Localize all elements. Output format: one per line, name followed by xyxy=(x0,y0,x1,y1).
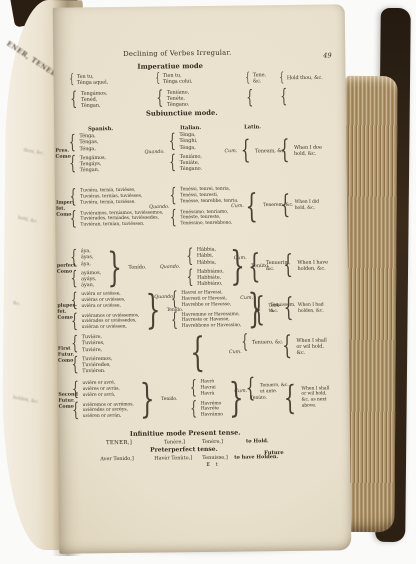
brace: { xyxy=(245,73,250,85)
spanish-forms: {Tuviére, Tuviéres, Tuviére, {Tuviéremos… xyxy=(69,334,113,375)
page-title: Declining of Verbes Irregular. xyxy=(123,49,231,58)
italian-plural: Teniámo, Teniáte, Téngano. xyxy=(180,153,202,172)
english-forms: {When I have holden, &c. xyxy=(280,254,328,278)
brace: { xyxy=(169,154,176,172)
brace: { xyxy=(186,247,193,265)
italian-plural: Habbiámo, Habbiáte, Habbiáno, xyxy=(197,268,224,287)
brace: { xyxy=(171,312,178,330)
brace: { xyxy=(71,357,78,375)
brace: { xyxy=(69,74,74,86)
conjugation-row-imperfect: Imper- fet. Como {Tuviéra, ternía, tuvié… xyxy=(55,176,348,238)
italian-singular: Havrò Havrai Havrà xyxy=(200,379,215,396)
conjugation-row-second-future: Second Futur. Como {uviére or avré, uvié… xyxy=(57,374,350,424)
conjugation-row-first-future: First Futur. Como {Tuviére, Tuviéres, Tu… xyxy=(57,330,349,376)
left-page-text-fragment: hold, &c. xyxy=(17,216,38,225)
right-page: Declining of Verbes Irregular. 49 Impera… xyxy=(53,4,352,554)
brace: { xyxy=(70,91,77,109)
brace: { xyxy=(169,187,176,205)
spanish-singular: Tuviéra, ternía, tuviésse, Tuviéras, ter… xyxy=(80,188,142,206)
spanish-plural: uviéramos or uviéssemos, uviérades or uv… xyxy=(82,313,140,331)
quando-label: Quando. xyxy=(160,265,180,270)
infinitive-present-spanish: TENER,] xyxy=(106,440,132,446)
brace: { xyxy=(245,191,258,222)
column-header-italian: Italian. xyxy=(180,125,201,131)
brace: } xyxy=(107,250,122,287)
page-content: Declining of Verbes Irregular. 49 Impera… xyxy=(53,4,352,554)
spanish-singular: Tuviére, Tuviéres, Tuviére, xyxy=(82,334,105,353)
book-photo: ENER, TENER. thou, &c. hold, &c. &c. hol… xyxy=(0,0,416,564)
spanish-plural: Tengámos, Tengáys, Téngan, xyxy=(80,155,107,174)
brace: { xyxy=(169,133,176,151)
english-forms: {When I doe hold, &c. xyxy=(276,139,322,163)
page-fore-edge xyxy=(342,76,397,532)
italian-plural: Havremmo or Havessimo, Havreste or Haves… xyxy=(182,312,242,330)
latin-forms: {Tenuero, &c. xyxy=(239,333,284,351)
brace: { xyxy=(284,383,297,414)
english-forms: {When I had holden, &c. xyxy=(280,297,324,321)
brace: { xyxy=(69,156,76,174)
spanish-plural: Tuviéremos, Tuviéredes, Tuviéren. xyxy=(82,356,112,375)
brace: { xyxy=(246,377,256,401)
conjugation-row-perfect: perfect. Como {áya, áyas, áya, {ayámos, … xyxy=(56,244,348,290)
spanish-forms: {Ténga, Téngas, Ténga, {Tengámos, Tengáy… xyxy=(66,133,106,174)
spanish-singular: áya, áyas, áya, xyxy=(81,248,94,267)
brace: { xyxy=(282,335,292,359)
column-header-latin: Latin. xyxy=(244,124,261,130)
brace: { xyxy=(155,73,160,85)
infinitive-preterperfect-italian: Havèr Tenùto,] xyxy=(154,455,192,461)
spanish-plural: Tuviéramos, terníamos, tuviéssemos, Tuvi… xyxy=(80,210,163,228)
italian-singular: Ténga, Ténghi, Ténga, xyxy=(179,132,197,151)
column-header-spanish: Spanish. xyxy=(88,126,113,132)
brace: { xyxy=(248,251,261,282)
italian-singular: Hábbia, Hábbi, Hábbia, xyxy=(197,247,216,266)
brace: { xyxy=(279,72,284,84)
brace: { xyxy=(72,381,79,399)
spanish-forms: {áya, áyas, áya, {ayámos, ayáys, áyan, }… xyxy=(68,247,147,288)
brace: { xyxy=(253,294,266,325)
brace: } xyxy=(140,381,155,418)
left-page-text-fragment: holden, &c. xyxy=(12,395,39,405)
brace: { xyxy=(71,292,78,310)
english-text: Hold thou, &c. xyxy=(287,75,323,82)
brace: { xyxy=(170,210,177,228)
brace: { xyxy=(241,334,248,352)
brace: { xyxy=(186,269,193,287)
brace: { xyxy=(284,297,294,321)
spanish-singular: uviére or avré, uviéres or avrás, uviére… xyxy=(82,381,120,399)
english-text: When I shall or wil hold, &c. as next ab… xyxy=(301,386,329,409)
spanish-singular: Ténga, Téngas, Ténga, xyxy=(79,133,98,152)
imperative-row: {Ten tu, Ténga aquel, {Tengámos, Tenéd, … xyxy=(53,67,345,113)
brace: { xyxy=(246,89,253,107)
english-forms: {When I shall or wil hold, &c. xyxy=(279,334,327,358)
preterperfect-heading: Preterperfect tense. xyxy=(150,446,218,454)
spanish-auxiliary: Tenído. xyxy=(161,396,177,402)
page-number: 49 xyxy=(323,51,331,59)
italian-singular: Tenéssi, tenrei, tenria, Tenéssi, tenres… xyxy=(180,187,238,205)
brace: { xyxy=(70,249,77,267)
catchword: Future xyxy=(264,450,284,456)
english-forms: {When I did hold, &c. xyxy=(277,194,319,218)
brace: { xyxy=(241,139,251,163)
spanish-singular: uviéra or uviésse, uviéras or uviésses, … xyxy=(81,292,125,310)
spanish-plural: ayámos, ayáys, áyan, xyxy=(81,270,101,289)
italian-forms: {Ténga, Ténghi, Ténga, {Teniámo, Teniáte… xyxy=(166,132,202,173)
conjugation-row-pluperfect: pluper- fet. Como {uviéra or uviésse, uv… xyxy=(56,288,348,332)
signature-mark: E t xyxy=(206,462,220,468)
english-text: When I have holden, &c. xyxy=(297,259,328,272)
english-forms: {Hold thou, &c. { xyxy=(277,72,323,106)
infinitive-preterperfect-latin: Tenuisse,] xyxy=(202,455,228,461)
english-text: When I did hold, &c. xyxy=(295,200,320,212)
subjunctive-heading: Subiunctiue mode. xyxy=(146,109,218,118)
italian-forms-empty: { xyxy=(185,335,211,372)
quando-label: Quando. xyxy=(144,150,164,155)
brace: { xyxy=(70,211,77,229)
english-text: When I shall or wil hold, &c. xyxy=(296,337,327,356)
infinitive-preterperfect-spanish: Aver Tenido,] xyxy=(100,456,134,462)
infinitive-heading: Infinitiue mode Present tense. xyxy=(130,429,241,438)
italian-plural: Teniámo, Tenéte, Téngano. xyxy=(167,89,189,108)
italian-singular: Havrei or Havessi, Havresti or Havessi, … xyxy=(181,290,231,308)
latin-forms: {Tene, &c. { xyxy=(243,72,266,106)
brace: { xyxy=(71,335,78,353)
brace: { xyxy=(171,291,178,309)
spanish-forms: {Ten tu, Ténga aquel, {Tengámos, Tenéd, … xyxy=(67,74,108,110)
brace: { xyxy=(190,401,197,419)
english-text: When I doe hold, &c. xyxy=(294,144,322,157)
brace: { xyxy=(72,403,79,421)
infinitive-present-latin: Tenère,] xyxy=(202,439,223,445)
italian-singular: Tien tu, Ténga colui, xyxy=(163,72,193,85)
english-forms: {When I shall or wil hold, &c. as next a… xyxy=(279,382,329,413)
italian-plural: Tenéssimo, tenriamo, Tenéste, tenreste, … xyxy=(180,209,232,227)
brace: { xyxy=(280,194,290,218)
conjugation-row-present: Pres. Como {Ténga, Téngas, Ténga, {Tengá… xyxy=(54,130,346,174)
spanish-singular: Ten tu, Ténga aquel, xyxy=(77,74,108,87)
spanish-auxiliary: Tenído. xyxy=(128,265,146,271)
latin-text: Tene, &c. xyxy=(253,72,266,85)
left-page-text-fragment: &c. xyxy=(12,301,21,308)
italian-plural: Havrémo Havréte Havránno xyxy=(201,401,223,418)
brace: { xyxy=(190,380,197,398)
infinitive-present-english: to Hold. xyxy=(246,438,269,444)
brace: { xyxy=(280,88,287,106)
brace: { xyxy=(69,189,76,207)
brace: { xyxy=(190,335,205,372)
english-text: When I had holden, &c. xyxy=(298,303,324,315)
brace: { xyxy=(70,271,77,289)
italian-forms: {Tien tu, Ténga colui, {Teniámo, Tenéte,… xyxy=(153,72,192,108)
infinitive-present-italian: Tenère,] xyxy=(164,439,185,445)
left-page-text-fragment: thou, &c. xyxy=(23,148,45,156)
cum-label: Cum. xyxy=(224,149,237,154)
spanish-plural: uviéremos or avrémos, uviéredes or avréy… xyxy=(83,402,134,420)
brace: { xyxy=(69,134,76,152)
spanish-forms: {uviére or avré, uviéres or avrás, uviér… xyxy=(69,380,177,420)
brace: { xyxy=(280,139,290,163)
brace: { xyxy=(156,90,163,108)
italian-forms: {Tenéssi, tenrei, tenria, Tenéssi, tenre… xyxy=(167,187,239,228)
brace: { xyxy=(71,314,78,332)
brace: { xyxy=(283,254,293,278)
spanish-plural: Tengámos, Tenéd, Téngan, xyxy=(81,90,108,109)
